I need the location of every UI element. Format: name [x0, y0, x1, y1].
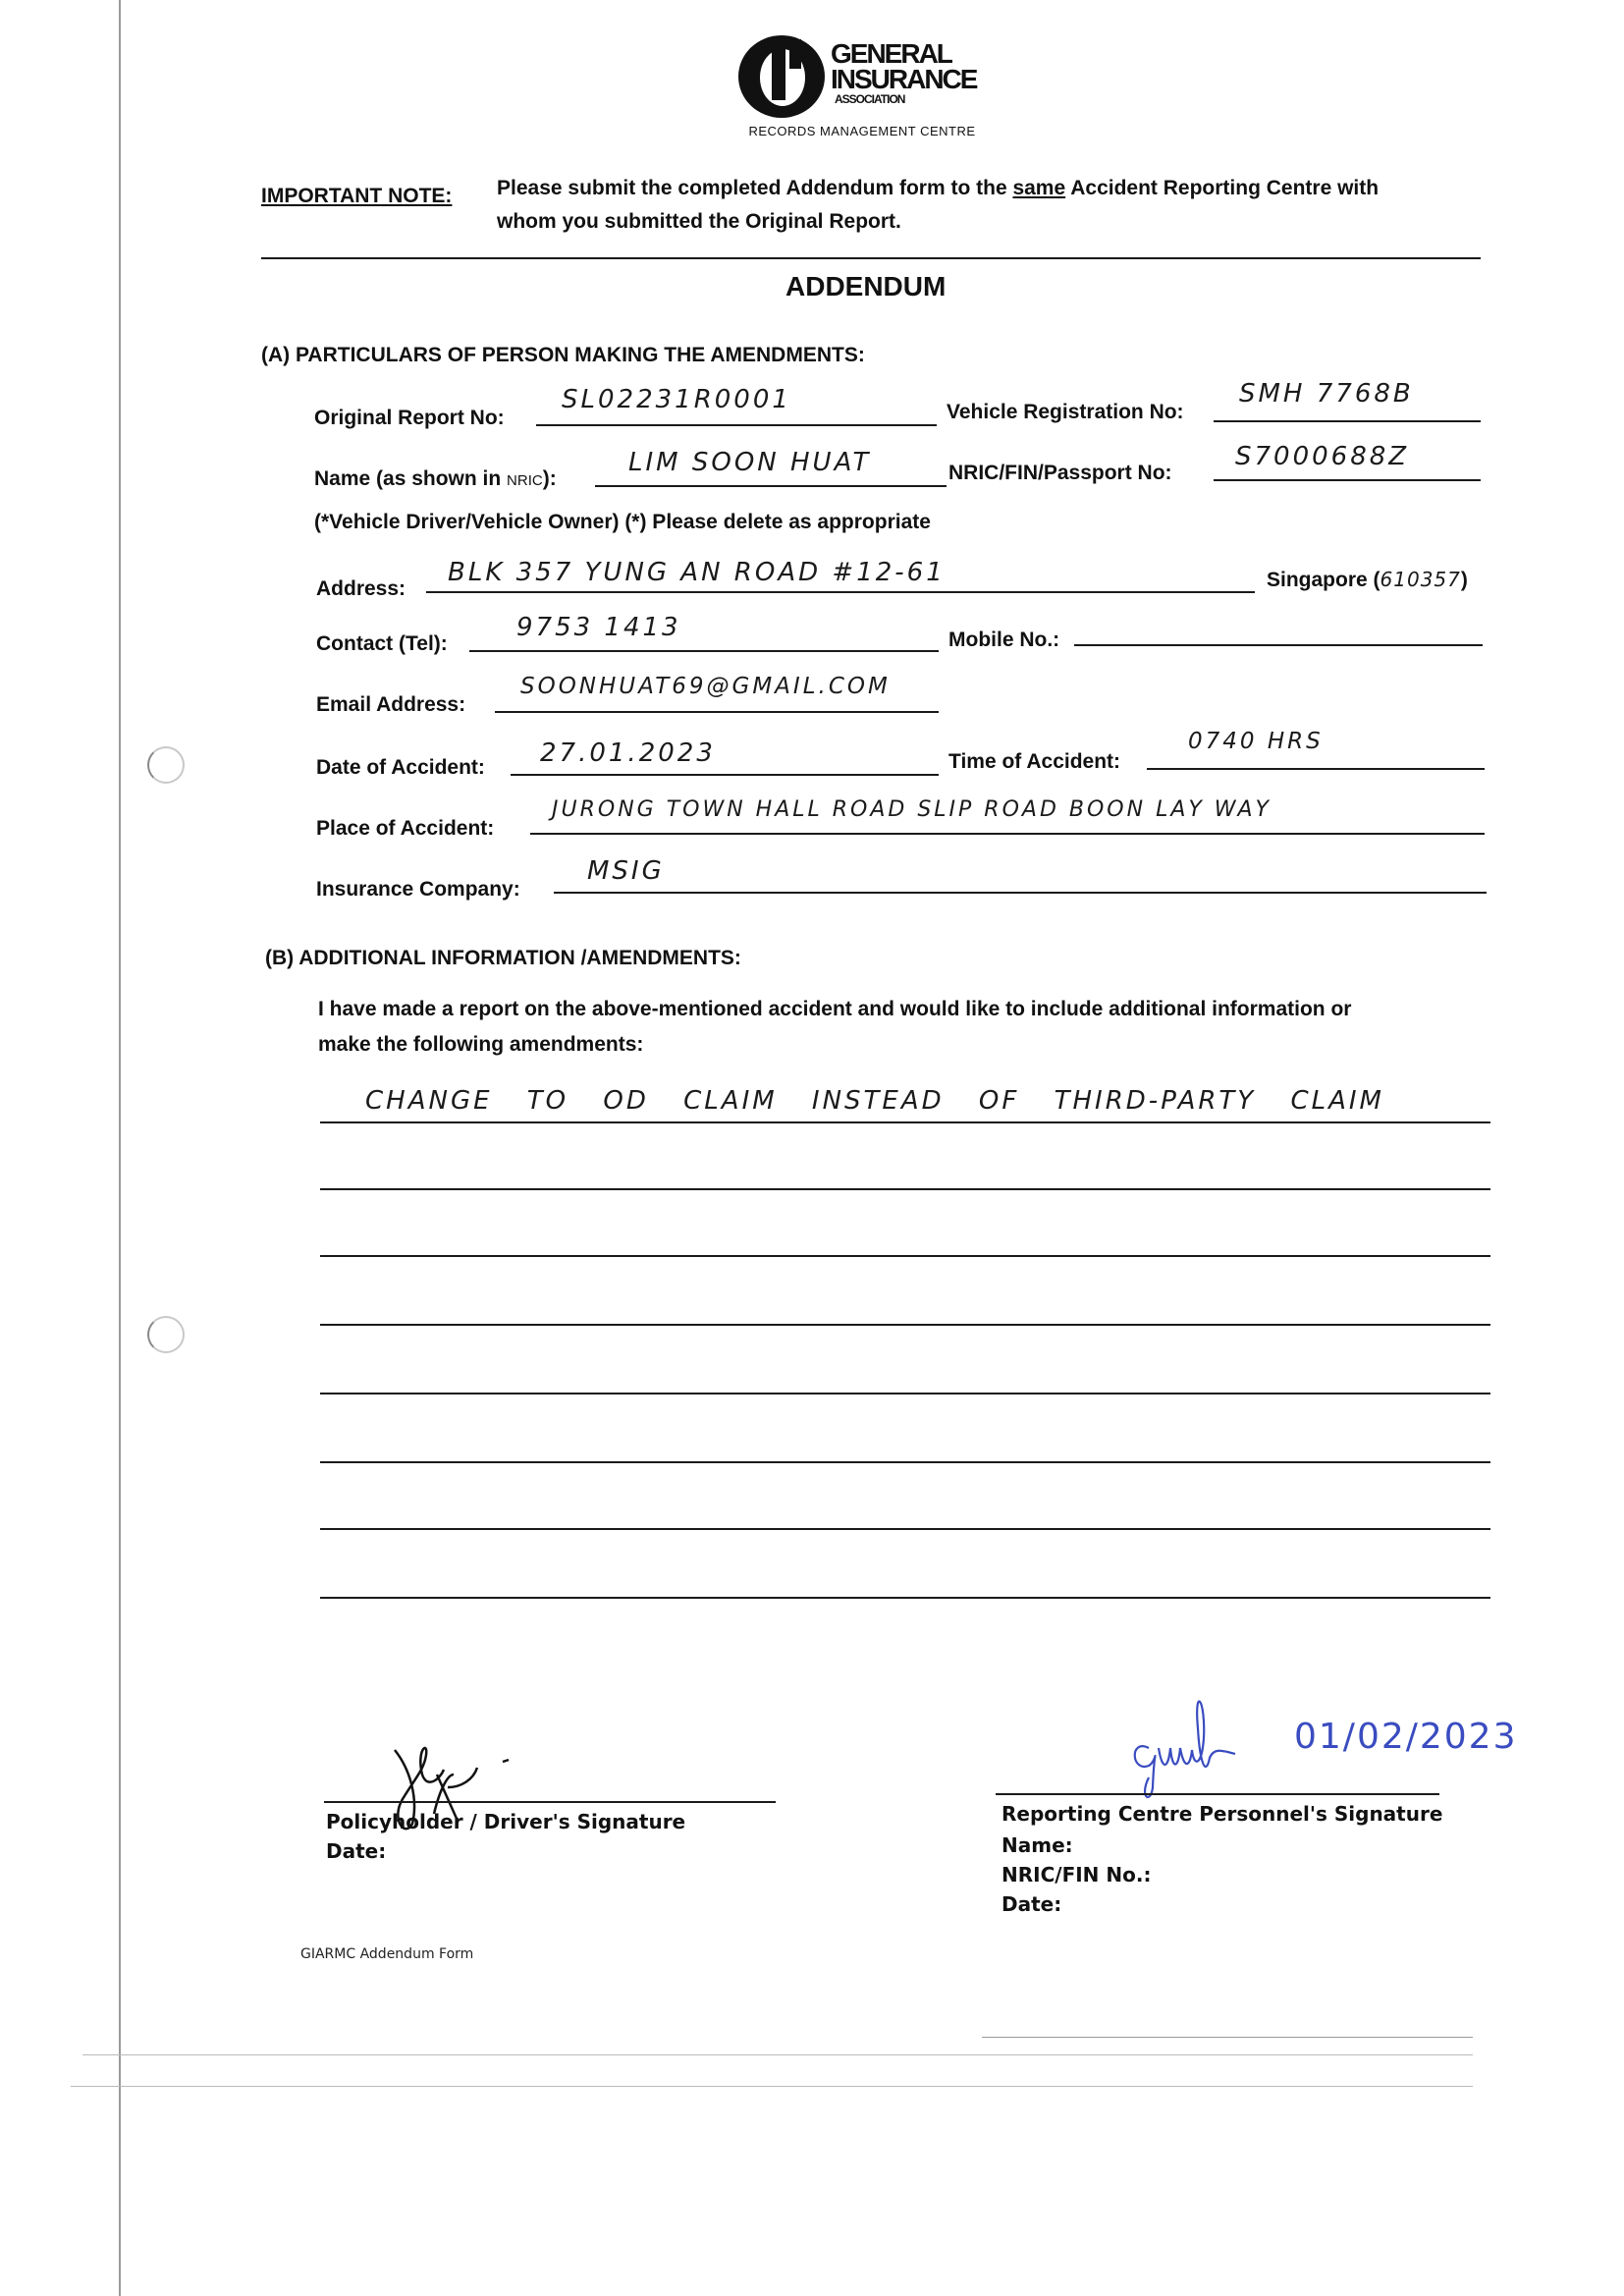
time-of-accident-field[interactable]: 0740 HRS	[1188, 729, 1324, 754]
scan-artifact-line	[982, 2037, 1473, 2038]
amendment-line	[320, 1121, 1490, 1123]
date-of-accident-label: Date of Accident:	[316, 756, 485, 780]
policyholder-signature-label: Policyholder / Driver's Signature	[326, 1807, 685, 1836]
name-field[interactable]: LIM SOON HUAT	[628, 448, 871, 477]
vehicle-registration-underline	[1214, 420, 1481, 422]
postal-code-field[interactable]: 610357	[1380, 568, 1461, 591]
mobile-no-field[interactable]	[1074, 644, 1483, 646]
singapore-label: Singapore (610357)	[1267, 568, 1468, 592]
email-label: Email Address:	[316, 693, 465, 717]
email-field[interactable]: SOONHUAT69@GMAIL.COM	[520, 674, 891, 699]
email-underline	[495, 711, 939, 713]
amendment-line	[320, 1255, 1490, 1257]
punch-hole-mark	[147, 1316, 185, 1353]
contact-tel-underline	[469, 650, 939, 652]
insurance-company-field[interactable]: MSIG	[587, 856, 665, 886]
important-note-label: IMPORTANT NOTE:	[261, 185, 452, 208]
section-b-heading: (B) ADDITIONAL INFORMATION /AMENDMENTS:	[265, 947, 741, 970]
insurance-company-underline	[554, 892, 1487, 894]
amendment-line	[320, 1188, 1490, 1190]
amendment-line	[320, 1528, 1490, 1530]
important-note-text-line2: whom you submitted the Original Report.	[497, 210, 901, 234]
reporting-centre-nric-label: NRIC/FIN No.:	[1001, 1860, 1151, 1889]
original-report-no-label: Original Report No:	[314, 407, 505, 430]
amendment-text-field[interactable]: CHANGE TO OD CLAIM INSTEAD OF THIRD-PART…	[365, 1086, 1384, 1116]
vehicle-registration-label: Vehicle Registration No:	[947, 401, 1184, 424]
reporting-centre-signature-label: Reporting Centre Personnel's Signature	[1001, 1799, 1442, 1829]
amendment-line	[320, 1461, 1490, 1463]
address-label: Address:	[316, 577, 406, 601]
time-of-accident-underline	[1147, 768, 1485, 770]
logo-subtitle: RECORDS MANAGEMENT CENTRE	[734, 124, 990, 138]
original-report-no-underline	[536, 424, 937, 426]
form-title: ADDENDUM	[785, 271, 946, 302]
nric-field[interactable]: S7000688Z	[1235, 442, 1409, 471]
policyholder-signature-line	[324, 1801, 776, 1803]
name-label: Name (as shown in NRIC):	[314, 467, 557, 491]
reporting-centre-signed-date: 01/02/2023	[1294, 1717, 1518, 1757]
nric-underline	[1214, 479, 1481, 481]
section-b-intro: I have made a report on the above-mentio…	[318, 998, 1351, 1021]
original-report-no-field[interactable]: SL02231R0001	[562, 385, 791, 414]
address-underline	[426, 591, 1255, 593]
reporting-centre-name-label: Name:	[1001, 1831, 1073, 1860]
form-footer-name: GIARMC Addendum Form	[300, 1946, 473, 1962]
scan-artifact-line	[71, 2086, 1473, 2087]
time-of-accident-label: Time of Accident:	[948, 750, 1120, 774]
mobile-no-label: Mobile No.:	[948, 629, 1059, 652]
nric-label: NRIC/FIN/Passport No:	[948, 462, 1172, 485]
name-underline	[595, 485, 947, 487]
place-of-accident-label: Place of Accident:	[316, 817, 494, 841]
binder-margin-line	[119, 0, 121, 2296]
punch-hole-mark	[147, 746, 185, 784]
contact-tel-field[interactable]: 9753 1413	[516, 613, 681, 642]
divider	[261, 257, 1481, 259]
section-a-heading: (A) PARTICULARS OF PERSON MAKING THE AME…	[261, 344, 865, 367]
section-b-intro-line2: make the following amendments:	[318, 1033, 643, 1057]
important-note-text: Please submit the completed Addendum for…	[497, 177, 1379, 200]
logo-wordmark: GENERAL INSURANCE ASSOCIATION	[831, 41, 976, 106]
date-of-accident-underline	[511, 774, 939, 776]
reporting-centre-signature-line	[996, 1793, 1439, 1795]
gia-logo: GENERAL INSURANCE ASSOCIATION RECORDS MA…	[734, 31, 990, 141]
insurance-company-label: Insurance Company:	[316, 878, 520, 902]
address-field[interactable]: BLK 357 YUNG AN ROAD #12-61	[448, 558, 946, 587]
amendment-line	[320, 1597, 1490, 1599]
place-of-accident-field[interactable]: JURONG TOWN HALL ROAD SLIP ROAD BOON LAY…	[552, 797, 1272, 822]
contact-tel-label: Contact (Tel):	[316, 632, 448, 656]
amendment-line	[320, 1393, 1490, 1394]
scan-artifact-line	[82, 2054, 1473, 2055]
amendment-line	[320, 1324, 1490, 1326]
vehicle-registration-field[interactable]: SMH 7768B	[1239, 379, 1414, 409]
policyholder-date-label: Date:	[326, 1836, 386, 1866]
reporting-centre-date-label: Date:	[1001, 1889, 1061, 1919]
date-of-accident-field[interactable]: 27.01.2023	[540, 738, 716, 768]
role-note: (*Vehicle Driver/Vehicle Owner) (*) Plea…	[314, 511, 931, 534]
place-of-accident-underline	[530, 833, 1485, 835]
